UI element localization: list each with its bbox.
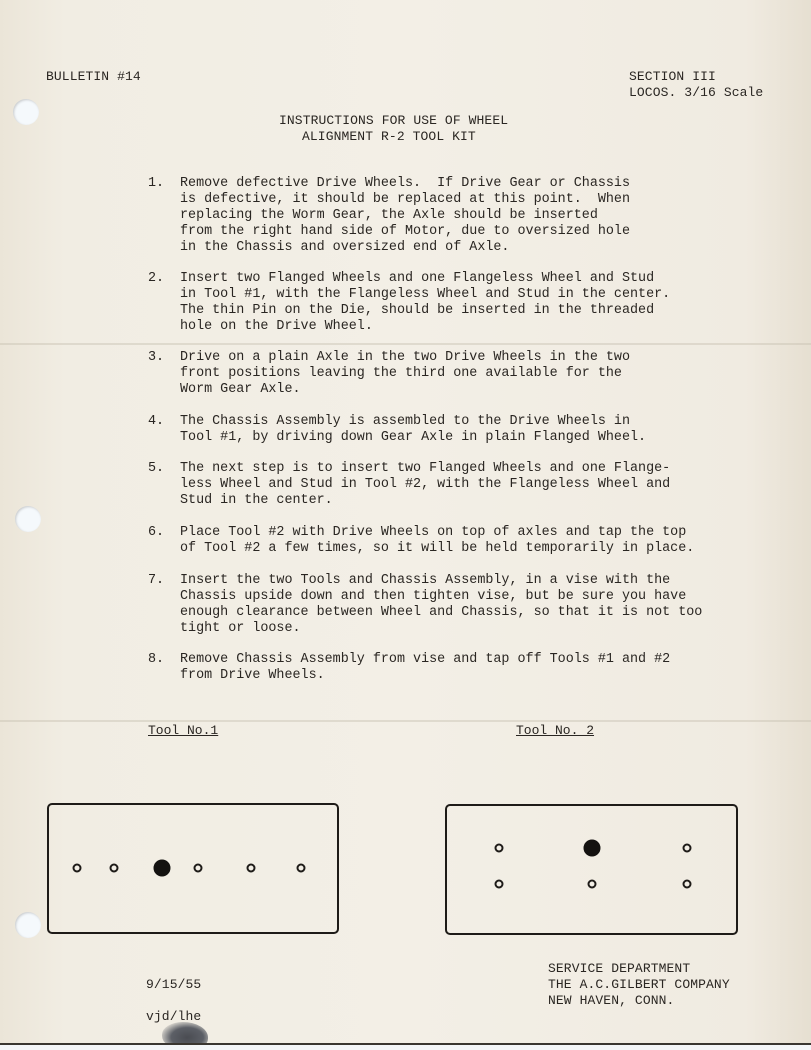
tool-1-diagram [47, 803, 339, 934]
company-name: THE A.C.GILBERT COMPANY [548, 977, 730, 993]
instruction-text: Place Tool #2 with Drive Wheels on top o… [180, 525, 694, 557]
department-name: SERVICE DEPARTMENT [548, 961, 690, 977]
scale-label: LOCOS. 3/16 Scale [629, 85, 763, 101]
instruction-text: Remove Chassis Assembly from vise and ta… [180, 652, 670, 684]
wheel-hole-icon [247, 864, 256, 873]
document-date: 9/15/55 [146, 977, 201, 993]
instruction-number: 6. [148, 525, 178, 541]
instruction-number: 1. [148, 176, 178, 192]
stud-hole-icon [154, 860, 171, 877]
tool-2-label: Tool No. 2 [516, 723, 594, 738]
wheel-hole-icon [73, 864, 82, 873]
instruction-text: Insert two Flanged Wheels and one Flange… [180, 271, 670, 335]
wheel-hole-icon [194, 864, 203, 873]
document-page: BULLETIN #14 SECTION III LOCOS. 3/16 Sca… [0, 0, 811, 1043]
document-title-line1: INSTRUCTIONS FOR USE OF WHEEL [279, 113, 508, 129]
paper-fold [0, 343, 811, 345]
instruction-number: 4. [148, 414, 178, 430]
instruction-text: Remove defective Drive Wheels. If Drive … [180, 176, 630, 256]
scan-edge [0, 1043, 811, 1050]
document-title-line2: ALIGNMENT R-2 TOOL KIT [302, 129, 476, 145]
wheel-hole-icon [110, 864, 119, 873]
instruction-number: 8. [148, 652, 178, 668]
wheel-hole-icon [683, 844, 692, 853]
company-location: NEW HAVEN, CONN. [548, 993, 674, 1009]
stud-hole-icon [584, 840, 601, 857]
hole-punch [13, 99, 39, 125]
hole-punch [15, 506, 41, 532]
tool-2-diagram [445, 804, 738, 935]
instruction-text: The next step is to insert two Flanged W… [180, 461, 670, 509]
wheel-hole-icon [588, 880, 597, 889]
instruction-text: Drive on a plain Axle in the two Drive W… [180, 350, 630, 398]
instruction-text: The Chassis Assembly is assembled to the… [180, 414, 646, 446]
paper-fold [0, 720, 811, 722]
instruction-number: 3. [148, 350, 178, 366]
instruction-number: 7. [148, 573, 178, 589]
wheel-hole-icon [297, 864, 306, 873]
wheel-hole-icon [495, 880, 504, 889]
instruction-number: 5. [148, 461, 178, 477]
section-label: SECTION III [629, 69, 716, 85]
hole-punch [15, 912, 41, 938]
bulletin-number: BULLETIN #14 [46, 69, 141, 85]
tool-1-label: Tool No.1 [148, 723, 218, 738]
wheel-hole-icon [683, 880, 692, 889]
instruction-text: Insert the two Tools and Chassis Assembl… [180, 573, 702, 637]
wheel-hole-icon [495, 844, 504, 853]
instruction-number: 2. [148, 271, 178, 287]
